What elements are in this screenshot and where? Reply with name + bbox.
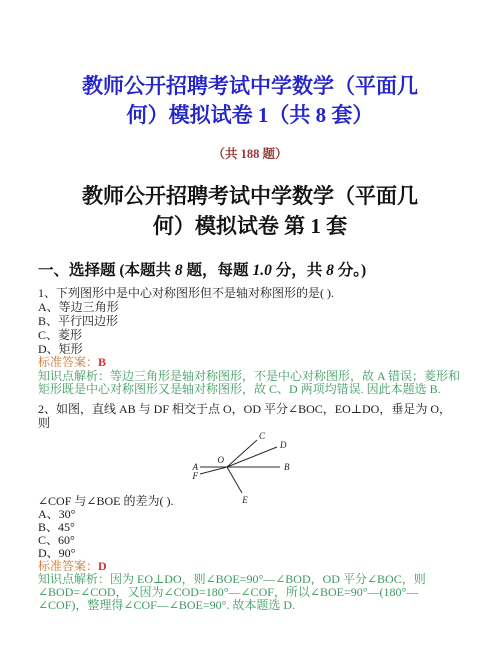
question-2-stem-line1: 2、如图，直线 AB 与 DF 相交于点 O，OD 平分∠BOC，EO⊥DO，垂… xyxy=(38,402,462,430)
point-label-f: F xyxy=(192,471,199,481)
line-oc xyxy=(227,440,257,467)
question-1-explanation: 知识点解析：等边三角形是轴对称图形，不是中心对称图形，故 A 错误；菱形和矩形既… xyxy=(38,370,462,397)
document-subtitle-black-line2: 何）模拟试卷 第 1 套 xyxy=(38,211,462,241)
section-heading-text: 分，共 xyxy=(272,262,326,279)
question-2-explanation: 知识点解析：因为 EO⊥DO，则∠BOE=90°—∠BOD，OD 平分∠BOC，… xyxy=(38,573,462,612)
question-1: 1、下列图形中是中心对称图形但不是轴对称图形的是( ). A、等边三角形 B、平… xyxy=(38,286,462,397)
line-fd xyxy=(200,447,277,474)
document-title-blue: 教师公开招聘考试中学数学（平面几 何）模拟试卷 1（共 8 套） xyxy=(38,72,462,130)
point-label-e: E xyxy=(241,495,248,505)
line-oe xyxy=(227,467,242,493)
question-1-option-d: D、矩形 xyxy=(38,342,462,356)
document-title-blue-line1: 教师公开招聘考试中学数学（平面几 xyxy=(38,72,462,101)
point-label-d: D xyxy=(279,440,287,450)
section-heading-points-each: 1.0 xyxy=(252,262,271,279)
section-heading-multiple-choice: 一、选择题 (本题共 8 题，每题 1.0 分，共 8 分。) xyxy=(38,261,462,281)
document-subtitle-black-line1: 教师公开招聘考试中学数学（平面几 xyxy=(38,181,462,211)
total-question-count-note: （共 188 题） xyxy=(38,146,462,163)
answer-label: 标准答案： xyxy=(38,559,98,573)
section-heading-text: 题，每题 xyxy=(183,262,253,279)
question-2: 2、如图，直线 AB 与 DF 相交于点 O，OD 平分∠BOC，EO⊥DO，垂… xyxy=(38,402,462,613)
point-label-c: C xyxy=(259,431,266,441)
section-heading-text: 分。) xyxy=(334,262,366,279)
question-2-answer-line: 标准答案：D xyxy=(38,560,462,574)
question-2-option-b: B、45° xyxy=(38,521,462,534)
document-subtitle-black: 教师公开招聘考试中学数学（平面几 何）模拟试卷 第 1 套 xyxy=(38,181,462,241)
question-1-option-a: A、等边三角形 xyxy=(38,300,462,314)
exam-document-page: 教师公开招聘考试中学数学（平面几 何）模拟试卷 1（共 8 套） （共 188 … xyxy=(0,0,500,647)
question-1-answer-value: B xyxy=(98,355,106,369)
question-1-stem: 1、下列图形中是中心对称图形但不是轴对称图形的是( ). xyxy=(38,286,462,300)
explanation-label: 知识点解析： xyxy=(38,572,110,586)
point-label-b: B xyxy=(284,462,290,472)
question-1-answer-line: 标准答案：B xyxy=(38,356,462,370)
question-1-option-c: C、菱形 xyxy=(38,328,462,342)
document-title-blue-line2: 何）模拟试卷 1（共 8 套） xyxy=(38,101,462,130)
answer-label: 标准答案： xyxy=(38,355,98,369)
question-2-option-c: C、60° xyxy=(38,534,462,547)
point-label-o: O xyxy=(218,455,225,465)
question-1-option-b: B、平行四边形 xyxy=(38,314,462,328)
geometry-figure-svg: A B C D E F O xyxy=(185,430,315,510)
question-2-answer-value: D xyxy=(98,559,107,573)
section-heading-count: 8 xyxy=(175,262,183,279)
section-heading-text: 一、选择题 (本题共 xyxy=(38,262,175,279)
explanation-label: 知识点解析： xyxy=(38,369,110,383)
section-heading-points-total: 8 xyxy=(326,262,334,279)
